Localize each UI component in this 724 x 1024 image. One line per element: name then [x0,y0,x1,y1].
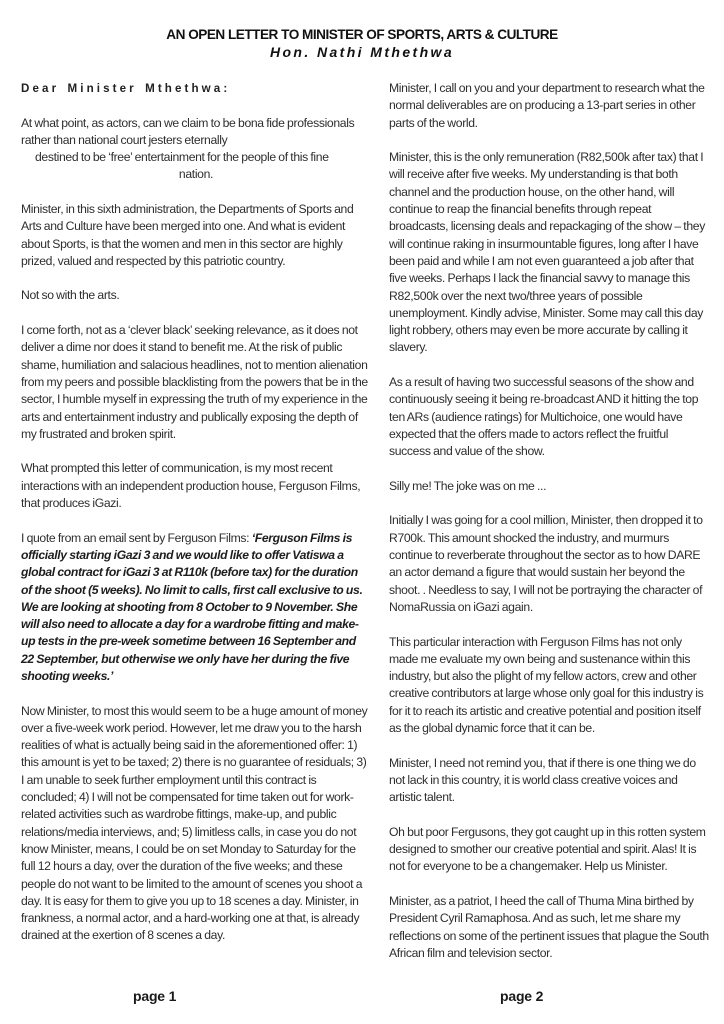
paragraph-silly-me: Silly me! The joke was on me ... [389,478,711,495]
paragraph-thuma-mina: Minister, as a patriot, I heed the call … [389,893,711,962]
paragraph-particular-interaction: This particular interaction with Ferguso… [389,634,711,738]
paragraph-remuneration: Minister, this is the only remuneration … [389,149,711,357]
paragraph-world-class-talent: Minister, I need not remind you, that if… [389,755,711,807]
paragraph-opening-question: At what point, as actors, can we claim t… [21,115,371,184]
letter-title: AN OPEN LETTER TO MINISTER OF SPORTS, AR… [0,26,724,44]
quoted-email-text: ‘Ferguson Films is officially starting i… [21,531,363,683]
page-2-column: Minister, I call on you and your departm… [389,80,711,979]
paragraph-come-forth: I come forth, not as a ‘clever black’ se… [21,322,371,443]
paragraph-call-on-department: Minister, I call on you and your departm… [389,80,711,132]
paragraph-poor-fergusons: Oh but poor Fergusons, they got caught u… [389,824,711,876]
quote-intro: I quote from an email sent by Ferguson F… [21,531,252,545]
opening-line-3: nation. [21,166,371,183]
opening-line-1: At what point, as actors, can we claim t… [21,116,354,147]
opening-line-2: destined to be ‘free’ entertainment for … [21,149,371,166]
paragraph-email-quote: I quote from an email sent by Ferguson F… [21,530,371,686]
page-number-1: page 1 [133,988,176,1004]
page-1-column: Dear Minister Mthethwa: At what point, a… [21,80,371,962]
paragraph-cool-million: Initially I was going for a cool million… [389,512,711,616]
page-number-2: page 2 [500,988,543,1004]
paragraph-not-so-arts: Not so with the arts. [21,287,371,304]
paragraph-harsh-realities: Now Minister, to most this would seem to… [21,703,371,945]
paragraph-successful-seasons: As a result of having two successful sea… [389,374,711,460]
letter-subtitle-addressee: Hon. Nathi Mthethwa [0,43,724,61]
paragraph-prompted: What prompted this letter of communicati… [21,460,371,512]
paragraph-sixth-administration: Minister, in this sixth administration, … [21,201,371,270]
salutation: Dear Minister Mthethwa: [21,80,371,97]
